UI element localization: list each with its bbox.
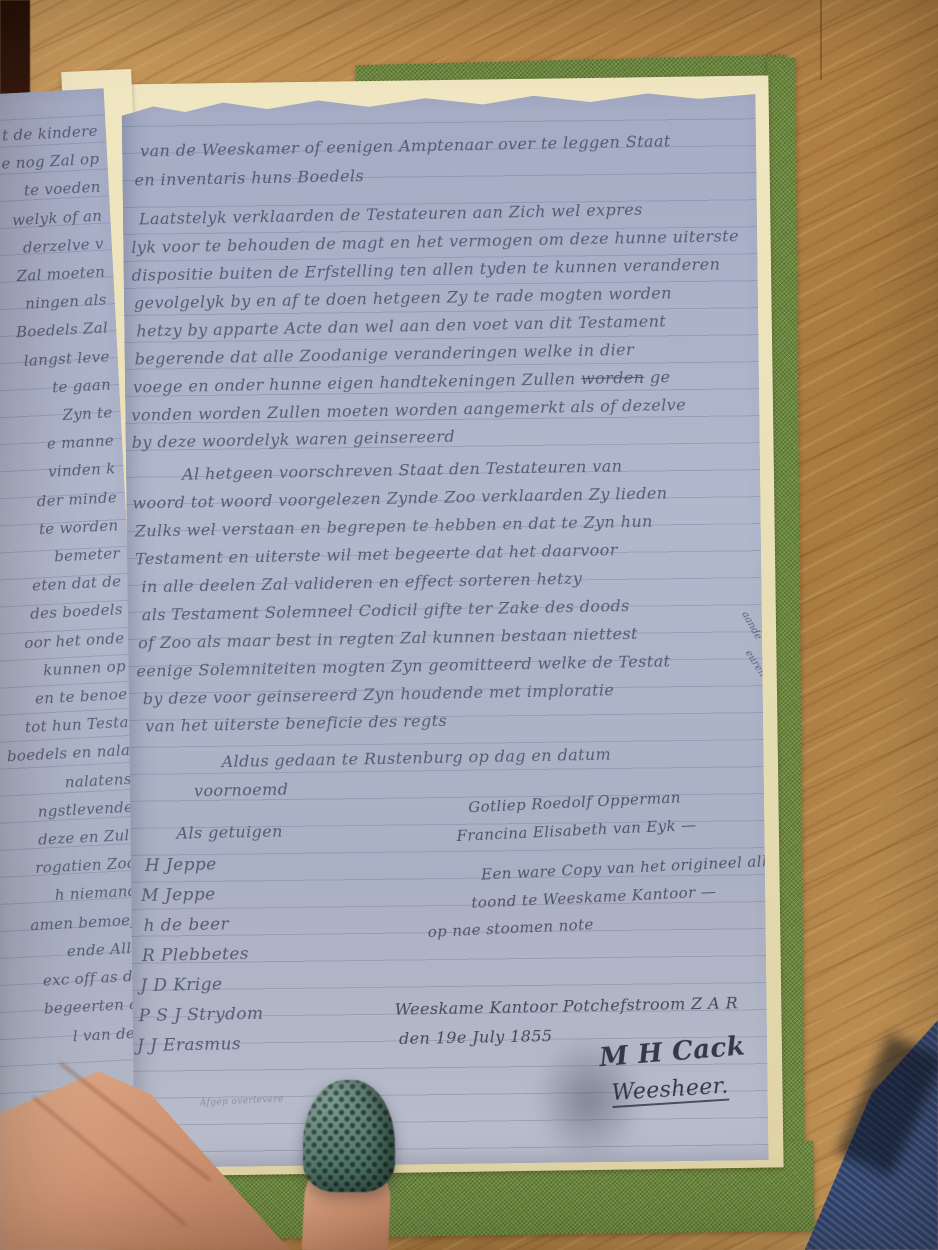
registry-line: Weeskame Kantoor Potchefstroom Z A R (394, 993, 738, 1019)
witness-signature: P S J Strydom (139, 1004, 264, 1026)
body-line: hetzy by apparte Acte dan wel aan den vo… (136, 311, 666, 340)
closing-line: Aldus gedaan te Rustenburg op dag en dat… (221, 745, 611, 771)
body-line: dispositie buiten de Erfstelling ten all… (131, 255, 720, 285)
strikethrough-word: worden (581, 368, 645, 388)
body-line: gevolgelyk by en af te doen hetgeen Zy t… (134, 283, 672, 312)
thimble (303, 1080, 395, 1192)
witness-signature: H Jeppe (145, 855, 217, 876)
body-line: en inventaris huns Boedels (134, 166, 364, 189)
body-line: Al hetgeen voorschreven Staat den Testat… (182, 456, 623, 483)
left-page-line: l van den (0, 1018, 146, 1055)
wood-plank-seam (820, 0, 822, 80)
registry-date: den 19e July 1855 (399, 1026, 553, 1048)
body-line: Zulks wel verstaan en begrepen te hebben… (135, 512, 653, 541)
body-line: van de Weeskamer of eenigen Amptenaar ov… (140, 131, 671, 160)
thimble-shadow (533, 1034, 645, 1165)
body-text: ge (644, 367, 670, 386)
body-line: vonden worden Zullen moeten worden aange… (131, 395, 686, 425)
body-line: als Testament Solemneel Codicil gifte te… (142, 596, 630, 624)
body-line: van het uiterste beneficie des regts (145, 711, 447, 736)
witness-signature: R Plebbetes (142, 944, 249, 966)
witness-signature: M Jeppe (141, 885, 216, 906)
photo-of-open-testament-book: t de kindere e nog Zal op te voeden wely… (0, 0, 938, 1250)
testator-signature: Gotliep Roedolf Opperman (468, 788, 681, 816)
body-line-with-strikethrough: voege en onder hunne eigen handtekeninge… (133, 367, 671, 396)
body-line: by deze woordelyk waren geinsereerd (132, 427, 456, 452)
witness-signature: J D Krige (140, 974, 222, 996)
testator-signature: Francina Elisabeth van Eyk — (456, 816, 697, 845)
body-line: Testament en uiterste wil met begeerte d… (135, 540, 618, 568)
pencil-note: Afgep overlevere (200, 1095, 285, 1109)
copy-note-line: op nae stoomen note (427, 915, 594, 941)
main-page: van de Weeskamer of eenigen Amptenaar ov… (121, 92, 768, 1168)
body-line: Laatstelyk verklaarden de Testateuren aa… (139, 200, 643, 229)
witness-signature: h de beer (143, 914, 229, 936)
body-line: lyk voor te behouden de magt en het verm… (131, 226, 739, 257)
body-text: voege en onder hunne eigen handtekeninge… (133, 369, 581, 397)
witness-heading: Als getuigen (176, 822, 283, 843)
margin-word: aande (739, 610, 763, 642)
copy-note-line: toond te Weeskame Kantoor — (471, 882, 717, 912)
witness-signature: J J Erasmus (137, 1034, 241, 1056)
body-line: by deze voor geinsereerd Zyn houdende me… (143, 680, 615, 708)
body-line: woord tot woord voorgelezen Zynde Zoo ve… (132, 483, 667, 512)
body-line: in alle deelen Zal valideren en effect s… (141, 569, 582, 596)
body-line: eenige Solemniteiten mogten Zyn geomitte… (136, 651, 670, 680)
body-line: of Zoo als maar best in regten Zal kunne… (138, 624, 638, 653)
body-line: begerende dat alle Zoodanige verandering… (134, 340, 634, 369)
closing-line: voornoemd (194, 780, 289, 801)
